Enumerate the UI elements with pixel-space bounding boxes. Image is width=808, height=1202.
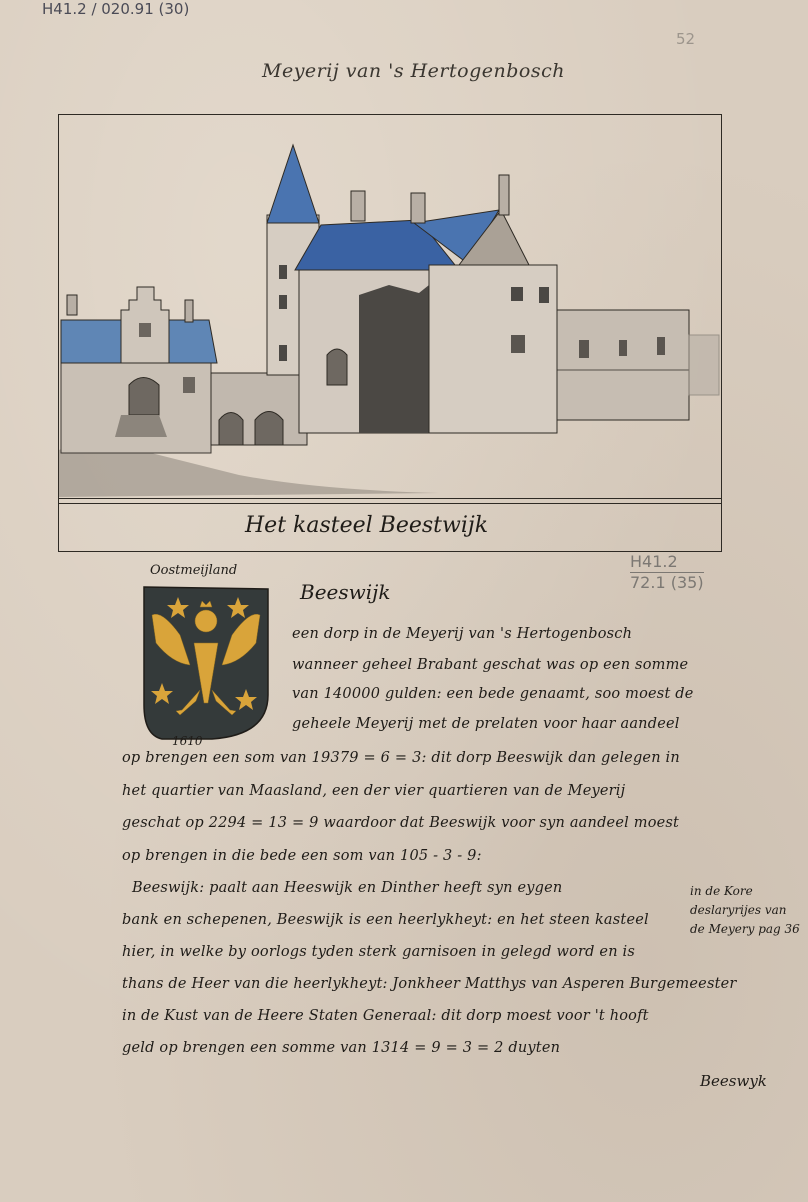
entry-line: geheele Meyerij met de prelaten voor haa… — [292, 716, 680, 732]
margin-note: in de Kore deslaryrijes van de Meyery pa… — [690, 882, 800, 939]
catalog-number-mid: H41.2 72.1 (35) — [630, 552, 704, 593]
entry-line: een dorp in de Meyerij van 's Hertogenbo… — [292, 626, 632, 642]
coat-of-arms-label: Oostmeijland — [150, 563, 237, 578]
caption-rule — [59, 498, 721, 499]
entry-line: wanneer geheel Brabant geschat was op ee… — [292, 657, 688, 673]
caption-rule — [59, 503, 721, 504]
entry-line: in de Kust van de Heere Staten Generaal:… — [122, 1008, 649, 1024]
castle-illustration — [59, 115, 721, 551]
catalog-number-line2: 72.1 (35) — [630, 572, 704, 593]
coat-of-arms-eagle-icon — [142, 585, 272, 741]
coat-of-arms-year: 1610 — [172, 734, 203, 748]
entry-line: hier, in welke by oorlogs tyden sterk ga… — [122, 944, 635, 960]
entry-line: Beeswijk: paalt aan Heeswijk en Dinther … — [132, 880, 562, 896]
entry-line: thans de Heer van die heerlykheyt: Jonkh… — [122, 976, 737, 992]
page-title: Meyerij van 's Hertogenbosch — [262, 60, 565, 82]
drawing-caption: Het kasteel Beestwijk — [245, 513, 488, 538]
entry-line: bank en schepenen, Beeswijk is een heerl… — [122, 912, 649, 928]
entry-line: op brengen een som van 19379 = 6 = 3: di… — [122, 750, 680, 766]
bottom-place-label: Beeswyk — [700, 1072, 767, 1090]
castle-drawing-frame: Het kasteel Beestwijk — [58, 114, 722, 552]
entry-line: op brengen in die bede een som van 105 -… — [122, 848, 482, 864]
entry-line: het quartier van Maasland, een der vier … — [122, 783, 625, 799]
entry-line: van 140000 gulden: een bede genaamt, soo… — [292, 686, 694, 702]
entry-heading: Beeswijk — [300, 580, 390, 604]
catalog-number-line1: H41.2 — [630, 552, 704, 572]
entry-line: geschat op 2294 = 13 = 9 waardoor dat Be… — [122, 815, 679, 831]
entry-line: geld op brengen een somme van 1314 = 9 =… — [122, 1040, 560, 1056]
catalog-number-top: H41.2 / 020.91 (30) — [42, 0, 189, 18]
page-number: 52 — [676, 30, 695, 48]
